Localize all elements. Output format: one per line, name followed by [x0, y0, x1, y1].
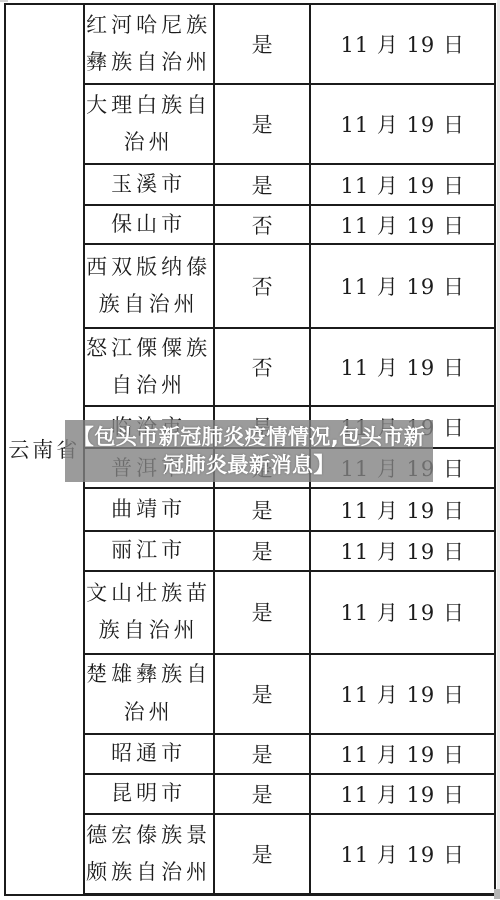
region-cell: 曲靖市 — [84, 488, 214, 531]
reported-cell: 是 — [214, 488, 311, 531]
date-cell: 11 月 19 日 — [310, 328, 495, 406]
date-cell: 11 月 19 日 — [310, 244, 495, 328]
table-row: 云南省 红河哈尼族 彝族自治州 是 11 月 19 日 — [5, 4, 495, 84]
reported-cell: 否 — [214, 244, 311, 328]
date-cell: 11 月 19 日 — [310, 814, 495, 895]
document-page: 云南省 红河哈尼族 彝族自治州 是 11 月 19 日 大理白族自 治州 是 1… — [0, 0, 500, 900]
reported-cell: 是 — [214, 814, 311, 895]
bottom-edge-artifact — [494, 889, 500, 899]
reported-cell: 是 — [214, 734, 311, 774]
region-cell: 昆明市 — [84, 774, 214, 814]
date-cell: 11 月 19 日 — [310, 531, 495, 570]
date-cell: 11 月 19 日 — [310, 734, 495, 774]
region-cell: 玉溪市 — [84, 164, 214, 205]
region-cell: 昭通市 — [84, 734, 214, 774]
date-cell: 11 月 19 日 — [310, 164, 495, 205]
date-cell: 11 月 19 日 — [310, 84, 495, 164]
reported-cell: 是 — [214, 84, 311, 164]
region-cell: 丽江市 — [84, 531, 214, 570]
overlay-title-line2: 冠肺炎最新消息】 — [65, 451, 433, 479]
reported-cell: 否 — [214, 328, 311, 406]
region-cell: 西双版纳傣 族自治州 — [84, 244, 214, 328]
date-cell: 11 月 19 日 — [310, 774, 495, 814]
watermark-title-overlay: 【包头市新冠肺炎疫情情况,包头市新 冠肺炎最新消息】 — [65, 420, 433, 482]
region-cell: 保山市 — [84, 205, 214, 244]
corner-artifact — [0, 0, 8, 2]
reported-cell: 是 — [214, 531, 311, 570]
date-cell: 11 月 19 日 — [310, 571, 495, 654]
reported-cell: 否 — [214, 205, 311, 244]
date-cell: 11 月 19 日 — [310, 488, 495, 531]
reported-cell: 是 — [214, 4, 311, 84]
date-cell: 11 月 19 日 — [310, 654, 495, 734]
region-cell: 大理白族自 治州 — [84, 84, 214, 164]
region-cell: 文山壮族苗 族自治州 — [84, 571, 214, 654]
region-cell: 怒江傈僳族 自治州 — [84, 328, 214, 406]
date-cell: 11 月 19 日 — [310, 4, 495, 84]
reported-cell: 是 — [214, 164, 311, 205]
region-cell: 德宏傣族景 颇族自治州 — [84, 814, 214, 895]
overlay-title-line1: 【包头市新冠肺炎疫情情况,包头市新 — [65, 423, 433, 451]
date-cell: 11 月 19 日 — [310, 205, 495, 244]
reported-cell: 是 — [214, 654, 311, 734]
region-cell: 楚雄彝族自 治州 — [84, 654, 214, 734]
reported-cell: 是 — [214, 571, 311, 654]
region-cell: 红河哈尼族 彝族自治州 — [84, 4, 214, 84]
reported-cell: 是 — [214, 774, 311, 814]
